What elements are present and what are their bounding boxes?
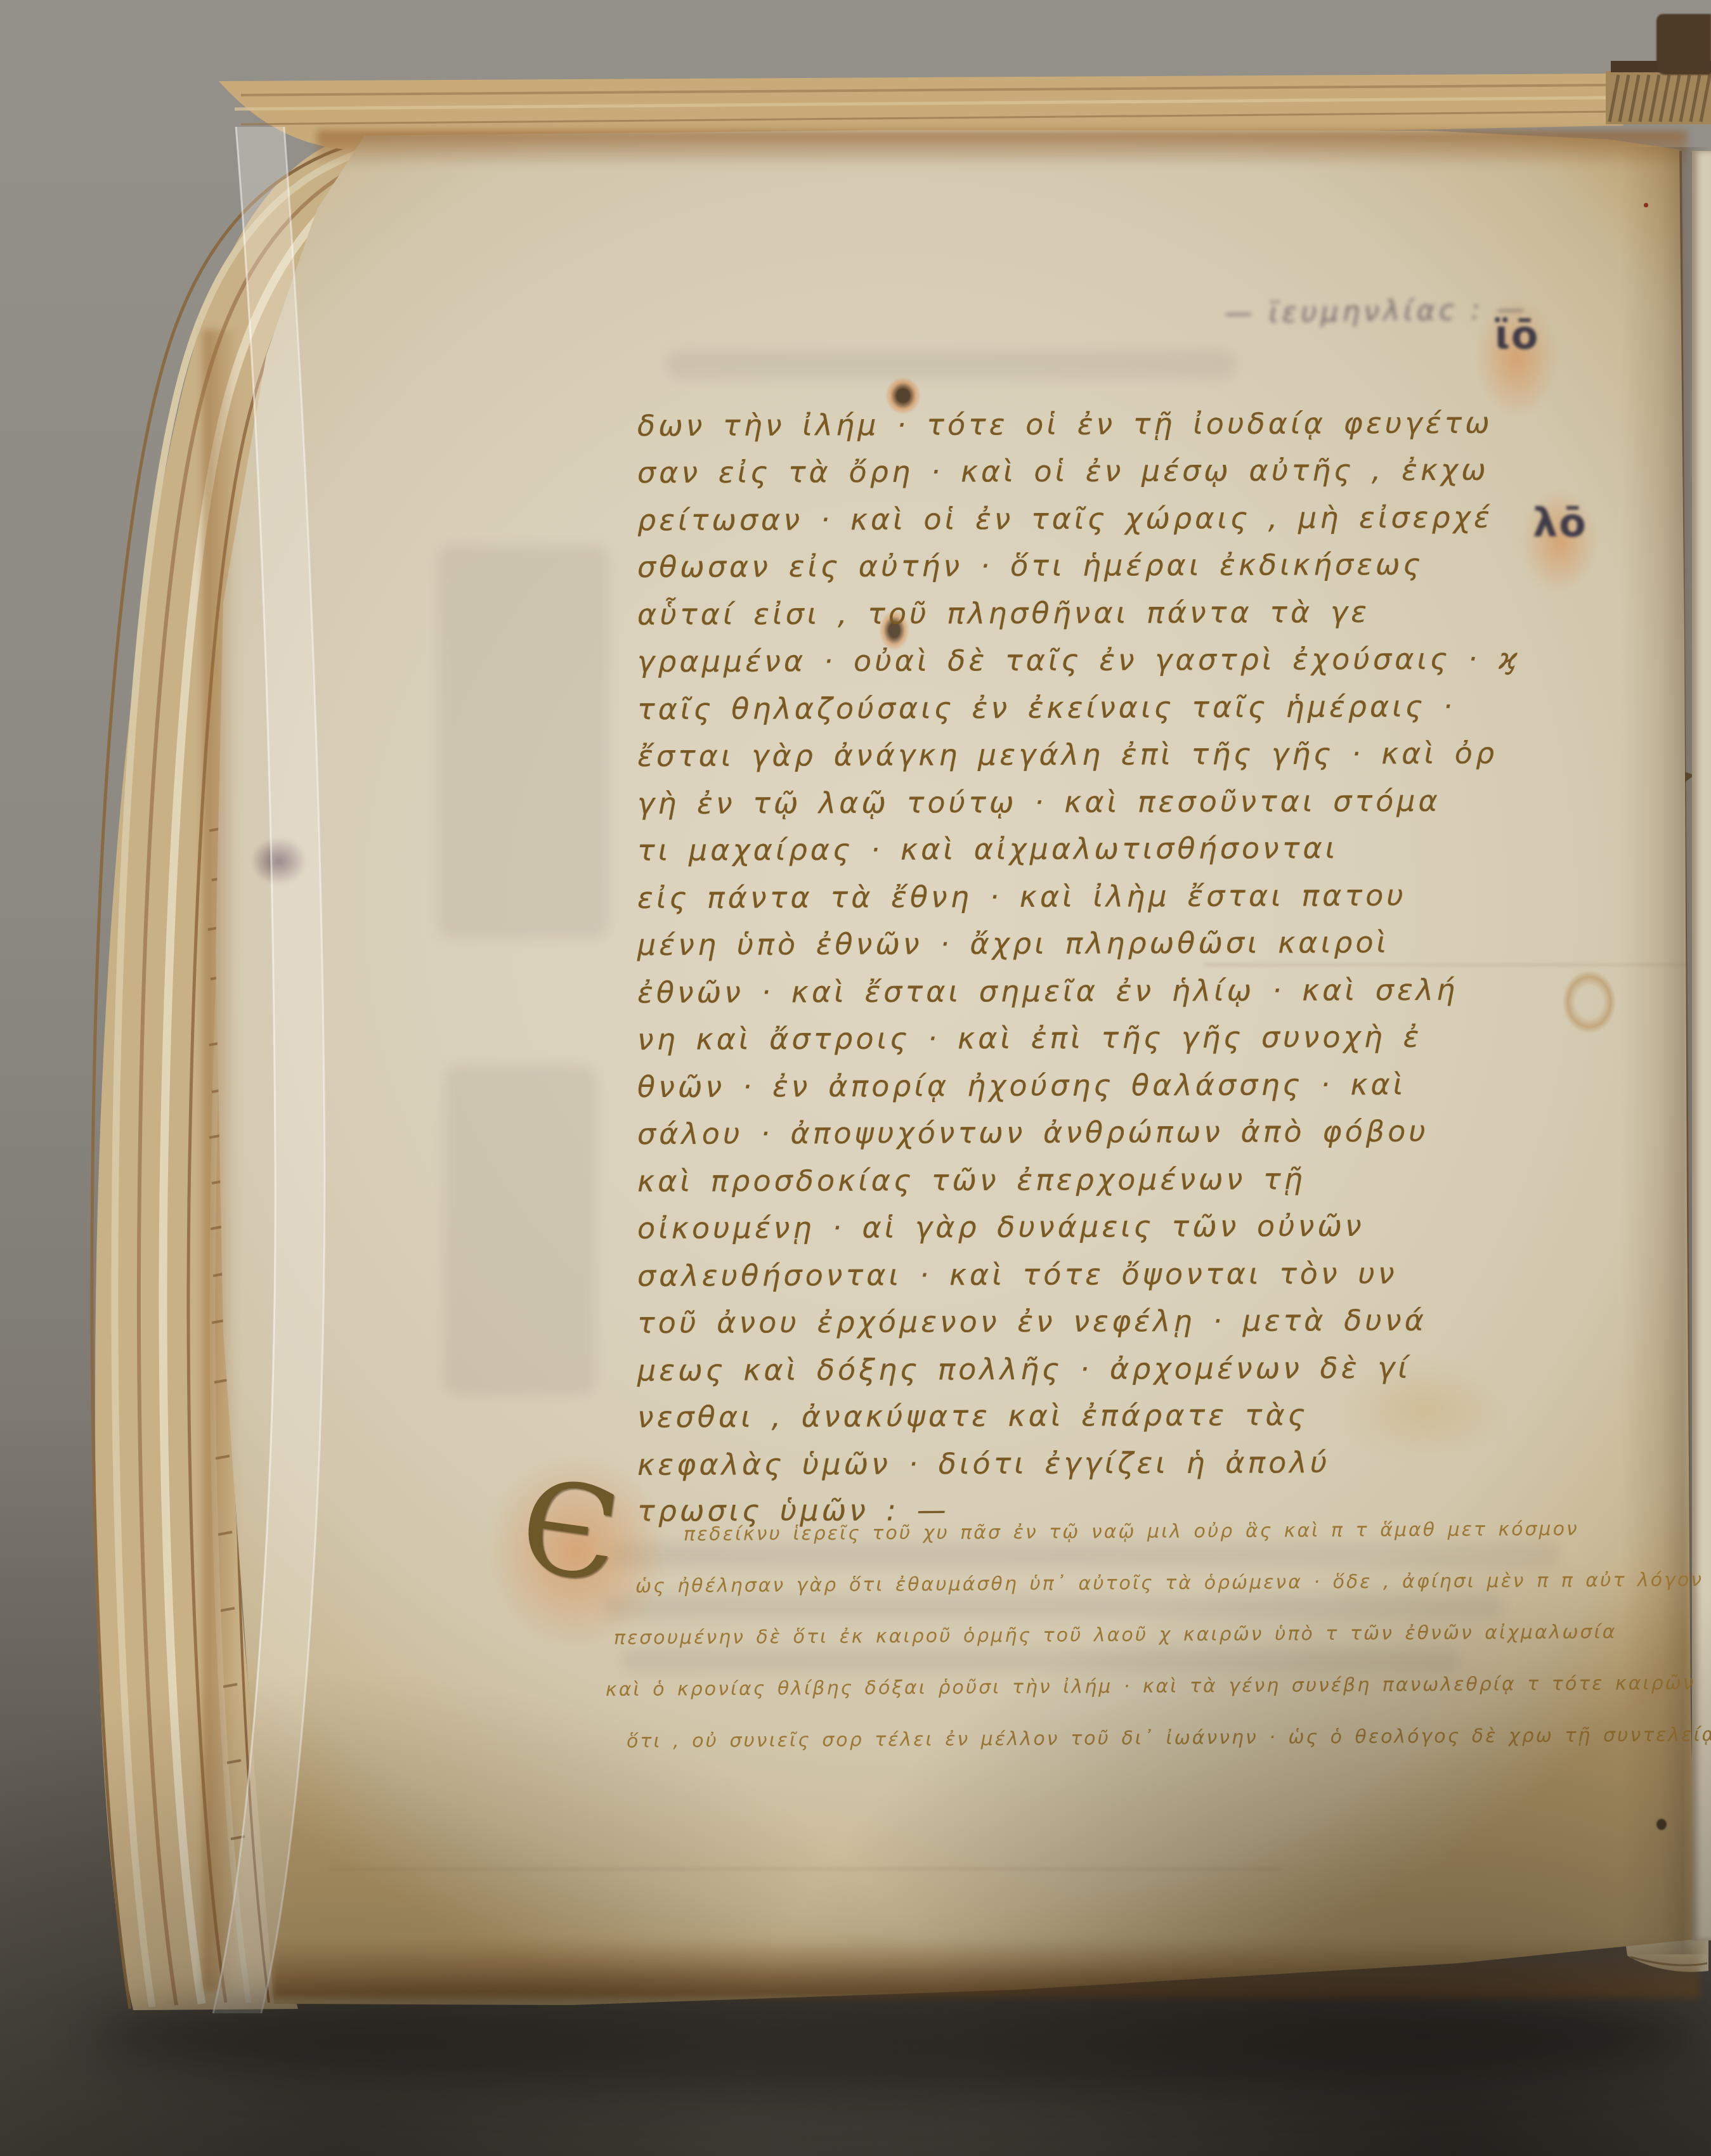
photo-backdrop-shadow [0, 0, 1711, 2156]
manuscript-photo: — ϊευμηνλίαϲ : — ϊō λō δων τὴν ἰλήμ · τό… [0, 0, 1711, 2156]
book-cast-shadow [89, 1978, 1700, 2093]
